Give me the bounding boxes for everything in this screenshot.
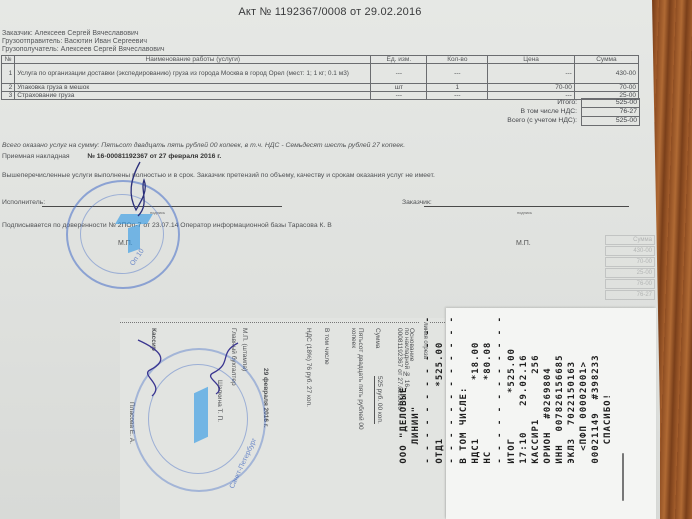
receipt-line: 17:10 29.02.16 [518, 316, 530, 464]
totals-block: Итого: 525-00 В том числе НДС: 76-27 Все… [440, 98, 640, 125]
row-name: Страхование груза [15, 92, 371, 100]
customer-line: Заказчик: Алексеев Сергей Вячеславович [2, 30, 139, 37]
col-qty: Кол-во [427, 56, 488, 64]
receipt-line: 00021149 #398233 [590, 316, 602, 464]
row-sum: 430-00 [574, 64, 638, 84]
waybill-label: Приемная накладная [2, 153, 70, 160]
row-sum: 70-00 [574, 84, 638, 92]
receipt-line: ИТОГ *525.00 [506, 316, 518, 464]
receipt-line: В ТОМ ЧИСЛЕ: [458, 316, 470, 464]
row-number: 1 [2, 64, 15, 84]
receipt-line: ООО "ДЕЛОВЫЕ [398, 316, 410, 464]
accountant-signature-icon [198, 338, 248, 398]
customer-sign-label: Заказчик: [402, 199, 432, 206]
row-unit: шт [371, 84, 427, 92]
row-number: 2 [2, 84, 15, 92]
row-name: Услуга по организации доставки (экспедир… [15, 64, 371, 84]
col-name: Наименование работы (услуги) [15, 56, 371, 64]
sum-in-words: Пятьсот двадцать пять рублей 00 копеек [350, 328, 364, 448]
ghost-header: Сумма [605, 235, 655, 245]
shipper-line: Грузоотправитель: Васютин Иван Сергеевич [2, 38, 147, 45]
col-number: № [2, 56, 15, 64]
ghost-value: 430-00 [605, 246, 655, 256]
row-price: 70-00 [488, 84, 574, 92]
customer-signature-line [424, 206, 629, 207]
grand-total-label: Всего (с учетом НДС): [507, 117, 581, 124]
table-header-row: № Наименование работы (услуги) Ед. изм. … [2, 56, 639, 64]
row-name: Упаковка груза в мешок [15, 84, 371, 92]
receipt-line: <ПФП 00002001> [578, 316, 590, 464]
completion-statement: Вышеперечисленные услуги выполнены полно… [2, 172, 435, 179]
consignee-line: Грузополучатель: Алексеев Сергей Вячесла… [2, 46, 165, 53]
cash-receipt-slip: линия отреза Основание по накладной № 16… [120, 318, 445, 519]
executor-signature-icon [110, 160, 170, 220]
ghost-value: 70-00 [605, 257, 655, 267]
executor-label: Исполнитель: [2, 199, 45, 206]
receipt-line: - - - - - - - - - - - - [446, 316, 458, 464]
customer-signature-caption: подпись [517, 210, 532, 215]
table-row: 1 Услуга по организации доставки (экспед… [2, 64, 639, 84]
receipt-line: ОТД1 *525.00 [434, 316, 446, 464]
vat-label: В том числе НДС: [521, 108, 581, 115]
including-label: В том числе [323, 328, 330, 365]
receipt-line: НС *80.08 [482, 316, 494, 464]
fiscal-receipt: ООО "ДЕЛОВЫЕ ЛИНИИ"- - - - - - - - - - -… [446, 308, 656, 519]
waybill-value: № 16-00081192367 от 27 февраля 2016 г. [87, 153, 221, 160]
receipt-line: - - - - - - - - - - - - [422, 316, 434, 464]
grand-total-value: 525-00 [581, 116, 640, 126]
receipt-text: ООО "ДЕЛОВЫЕ ЛИНИИ"- - - - - - - - - - -… [398, 316, 614, 464]
row-price: --- [488, 64, 574, 84]
table-row: 2 Упаковка груза в мешок шт 1 70-00 70-0… [2, 84, 639, 92]
cut-line [120, 322, 445, 323]
act-document: Акт № 1192367/0008 от 29.02.2016 Заказчи… [0, 0, 660, 519]
col-unit: Ед. изм. [371, 56, 427, 64]
receipt-line: СПАСИБО! [602, 316, 614, 464]
receipt-line: - - - - - - - - - - - - [494, 316, 506, 464]
col-price: Цена [488, 56, 574, 64]
row-number: 3 [2, 92, 15, 100]
show-through-table: Сумма 430-00 70-00 25-00 76-00 76-27 [605, 235, 655, 301]
sum-value: 525 руб. 00 коп. [374, 376, 383, 424]
total-label: Итого: [557, 99, 581, 106]
total-in-words: Всего оказано услуг на сумму: Пятьсот дв… [2, 142, 405, 149]
sum-label: Сумма [374, 328, 381, 348]
receipt-line: НДС1 *18.00 [470, 316, 482, 464]
waybill-line: Приемная накладная № 16-00081192367 от 2… [2, 153, 221, 160]
pen-mark [622, 453, 624, 501]
ghost-value: 76-00 [605, 279, 655, 289]
receipt-line: КАССИР1 256 [530, 316, 542, 464]
receipt-line: ОРИОН #0269804 [542, 316, 554, 464]
row-qty: 1 [427, 84, 488, 92]
receipt-line: ЭКЛЗ 7022150163 [566, 316, 578, 464]
document-title: Акт № 1192367/0008 от 29.02.2016 [0, 6, 660, 18]
col-sum: Сумма [574, 56, 638, 64]
receipt-line: ЛИНИИ" [410, 316, 422, 464]
row-unit: --- [371, 64, 427, 84]
cashier-signature-icon [130, 330, 180, 400]
row-qty: --- [427, 64, 488, 84]
services-table: № Наименование работы (услуги) Ед. изм. … [1, 55, 639, 100]
ghost-value: 76-27 [605, 290, 655, 300]
receipt-line: ИНН 007826156685 [554, 316, 566, 464]
ghost-value: 25-00 [605, 268, 655, 278]
row-unit: --- [371, 92, 427, 100]
customer-stamp-place: М.П. [516, 240, 531, 247]
vat-amount: НДС (18%) 76 руб. 27 коп. [305, 328, 312, 407]
grand-total-row: Всего (с учетом НДС): 525-00 [440, 116, 640, 125]
